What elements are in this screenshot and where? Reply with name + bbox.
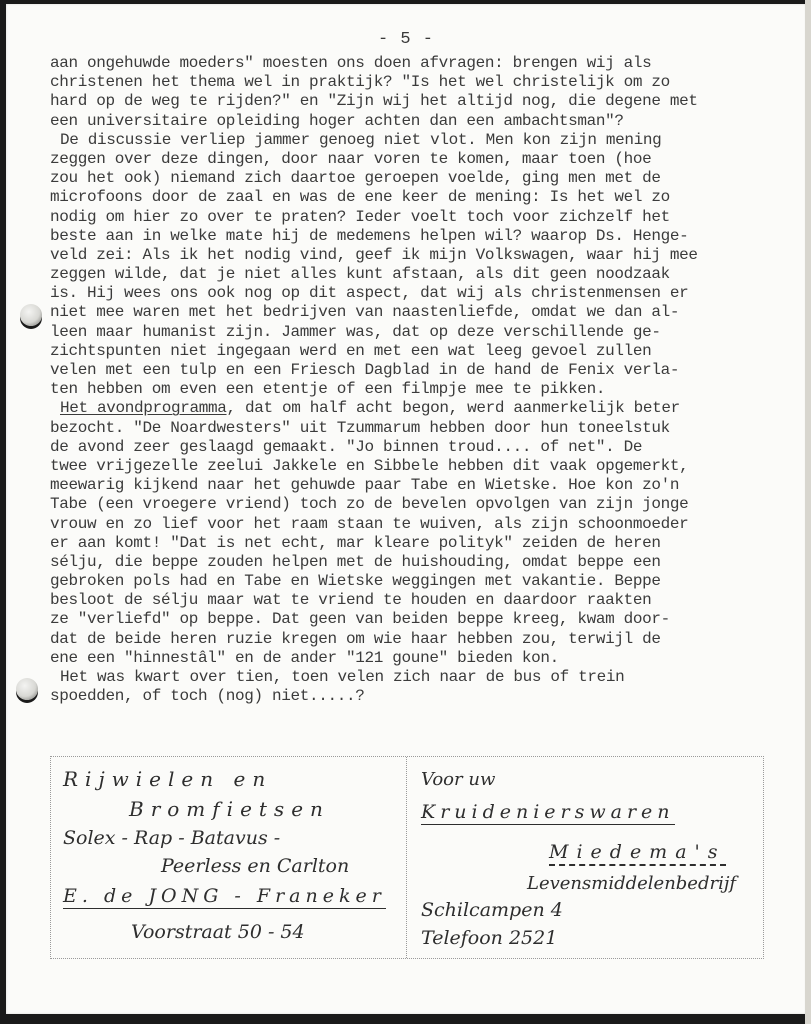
text-line-content: Tabe (een vroegere vriend) toch zo de be… — [50, 495, 688, 513]
section-heading-avondprogramma: Het avondprogramma — [60, 399, 227, 417]
text-line: aan ongehuwde moeders" moesten ons doen … — [50, 54, 780, 73]
text-line: ze "verliefd" op beppe. Dat geen van bei… — [50, 610, 780, 629]
text-line-content: gebroken pols had en Tabe en Wietske weg… — [50, 572, 661, 590]
text-line: een universitaire opleiding hoger achten… — [50, 112, 780, 131]
text-line: bezocht. "De Noardwesters" uit Tzummarum… — [50, 419, 780, 438]
text-line: sélju, die beppe zouden helpen met de hu… — [50, 553, 780, 572]
ad-right-phone: Telefoon 2521 — [421, 927, 557, 949]
text-line: beste aan in welke mate hij de medemens … — [50, 227, 780, 246]
text-line: spoedden, of toch (nog) niet.....? — [50, 687, 780, 706]
text-line-content: ene een "hinnestâl" en de ander "121 gou… — [50, 649, 559, 667]
text-line-content: leen maar humanist zijn. Jammer was, dat… — [50, 323, 661, 341]
text-line-content: zou het ook) niemand zich daartoe geroep… — [50, 169, 661, 187]
text-line: De discussie verliep jammer genoeg niet … — [50, 131, 780, 150]
text-line: gebroken pols had en Tabe en Wietske weg… — [50, 572, 780, 591]
text-line-content: besloot de sélju maar wat te vriend te h… — [50, 591, 651, 609]
text-line: Het was kwart over tien, toen velen zich… — [50, 668, 780, 687]
ads-divider — [406, 757, 407, 958]
ad-right-line2: Kruidenierswaren — [421, 801, 675, 825]
ad-left-line3: Solex - Rap - Batavus - — [63, 827, 280, 849]
document-page: - 5 - aan ongehuwde moeders" moesten ons… — [6, 4, 806, 1014]
text-line-content: zichtspunten niet ingegaan werd en met e… — [50, 342, 651, 360]
text-line-content: meewarig kijkend naar het gehuwde paar T… — [50, 476, 679, 494]
punch-hole — [16, 678, 38, 700]
text-line-content: ze "verliefd" op beppe. Dat geen van bei… — [50, 610, 670, 628]
text-line-content: bezocht. "De Noardwesters" uit Tzummarum… — [50, 419, 670, 437]
text-line: de avond zeer geslaagd gemaakt. "Jo binn… — [50, 438, 780, 457]
text-line-content: beste aan in welke mate hij de medemens … — [50, 227, 688, 245]
ad-left-address: Voorstraat 50 - 54 — [131, 921, 305, 943]
text-line: er aan komt! "Dat is net echt, mar klear… — [50, 534, 780, 553]
ad-left-line2: Bromfietsen — [129, 797, 330, 821]
punch-hole — [20, 304, 42, 326]
page-number: - 5 - — [6, 30, 806, 49]
text-line: ten hebben om even een etentje of een fi… — [50, 380, 780, 399]
text-line: hard op de weg te rijden?" en "Zijn wij … — [50, 92, 780, 111]
text-line: twee vrijgezelle zeelui Jakkele en Sibbe… — [50, 457, 780, 476]
text-line: veld zei: Als ik het nodig vind, geef ik… — [50, 246, 780, 265]
page-edge — [805, 0, 811, 1024]
ad-right-address: Schilcampen 4 — [421, 899, 563, 921]
text-line: zeggen over deze dingen, door naar voren… — [50, 150, 780, 169]
text-line: velen met een tulp en een Friesch Dagbla… — [50, 361, 780, 380]
ad-left-shop-name: E. de JONG - Franeker — [63, 885, 386, 909]
text-line: Het avondprogramma, dat om half acht beg… — [50, 399, 780, 418]
text-line-content: velen met een tulp en een Friesch Dagbla… — [50, 361, 679, 379]
text-line-content: een universitaire opleiding hoger achten… — [50, 112, 624, 130]
text-line-content: veld zei: Als ik het nodig vind, geef ik… — [50, 246, 698, 264]
text-line: zeggen wilde, dat je niet alles kunt afs… — [50, 265, 780, 284]
text-line-content: aan ongehuwde moeders" moesten ons doen … — [50, 54, 651, 72]
text-line: zichtspunten niet ingegaan werd en met e… — [50, 342, 780, 361]
ad-right-line4: Levensmiddelenbedrijf — [527, 873, 736, 894]
text-line-content: christenen het thema wel in praktijk? "I… — [50, 73, 670, 91]
text-line: Tabe (een vroegere vriend) toch zo de be… — [50, 495, 780, 514]
text-line: leen maar humanist zijn. Jammer was, dat… — [50, 323, 780, 342]
text-line-content: Het was kwart over tien, toen velen zich… — [60, 668, 624, 686]
text-line-content: , dat om half acht begon, werd aanmerkel… — [227, 399, 680, 417]
text-line-content: zeggen over deze dingen, door naar voren… — [50, 150, 651, 168]
ad-right-line1: Voor uw — [421, 769, 495, 790]
text-line-content: nodig om hier zo over te praten? Ieder v… — [50, 208, 670, 226]
text-line-content: spoedden, of toch (nog) niet.....? — [50, 687, 365, 705]
text-line: meewarig kijkend naar het gehuwde paar T… — [50, 476, 780, 495]
ad-left-line1: Rijwielen en — [63, 767, 272, 791]
text-line: niet mee waren met het bedrijven van naa… — [50, 303, 780, 322]
text-line: christenen het thema wel in praktijk? "I… — [50, 73, 780, 92]
text-line-content: twee vrijgezelle zeelui Jakkele en Sibbe… — [50, 457, 688, 475]
text-line: ene een "hinnestâl" en de ander "121 gou… — [50, 649, 780, 668]
article-body: aan ongehuwde moeders" moesten ons doen … — [50, 54, 780, 706]
text-line: microfoons door de zaal en was de ene ke… — [50, 188, 780, 207]
text-line-content: is. Hij wees ons ook nog op dit aspect, … — [50, 284, 688, 302]
ad-right-shop-name: Miedema's — [549, 841, 726, 866]
text-line-content: niet mee waren met het bedrijven van naa… — [50, 303, 679, 321]
text-line: dat de beide heren ruzie kregen om wie h… — [50, 630, 780, 649]
text-line-content: vrouw en zo lief voor het raam staan te … — [50, 515, 688, 533]
text-line-content: er aan komt! "Dat is net echt, mar klear… — [50, 534, 661, 552]
text-line-content: dat de beide heren ruzie kregen om wie h… — [50, 630, 661, 648]
text-line: is. Hij wees ons ook nog op dit aspect, … — [50, 284, 780, 303]
text-line: besloot de sélju maar wat te vriend te h… — [50, 591, 780, 610]
text-line-content: De discussie verliep jammer genoeg niet … — [60, 131, 661, 149]
ad-left-line4: Peerless en Carlton — [161, 855, 349, 877]
text-line: nodig om hier zo over te praten? Ieder v… — [50, 208, 780, 227]
text-line-content: de avond zeer geslaagd gemaakt. "Jo binn… — [50, 438, 642, 456]
text-line-content: zeggen wilde, dat je niet alles kunt afs… — [50, 265, 670, 283]
text-line-content: ten hebben om even een etentje of een fi… — [50, 380, 605, 398]
text-line-content: sélju, die beppe zouden helpen met de hu… — [50, 553, 661, 571]
text-line: vrouw en zo lief voor het raam staan te … — [50, 515, 780, 534]
advertisements: Rijwielen en Bromfietsen Solex - Rap - B… — [50, 756, 764, 959]
text-line-content: hard op de weg te rijden?" en "Zijn wij … — [50, 92, 698, 110]
text-line-content: microfoons door de zaal en was de ene ke… — [50, 188, 670, 206]
text-line: zou het ook) niemand zich daartoe geroep… — [50, 169, 780, 188]
